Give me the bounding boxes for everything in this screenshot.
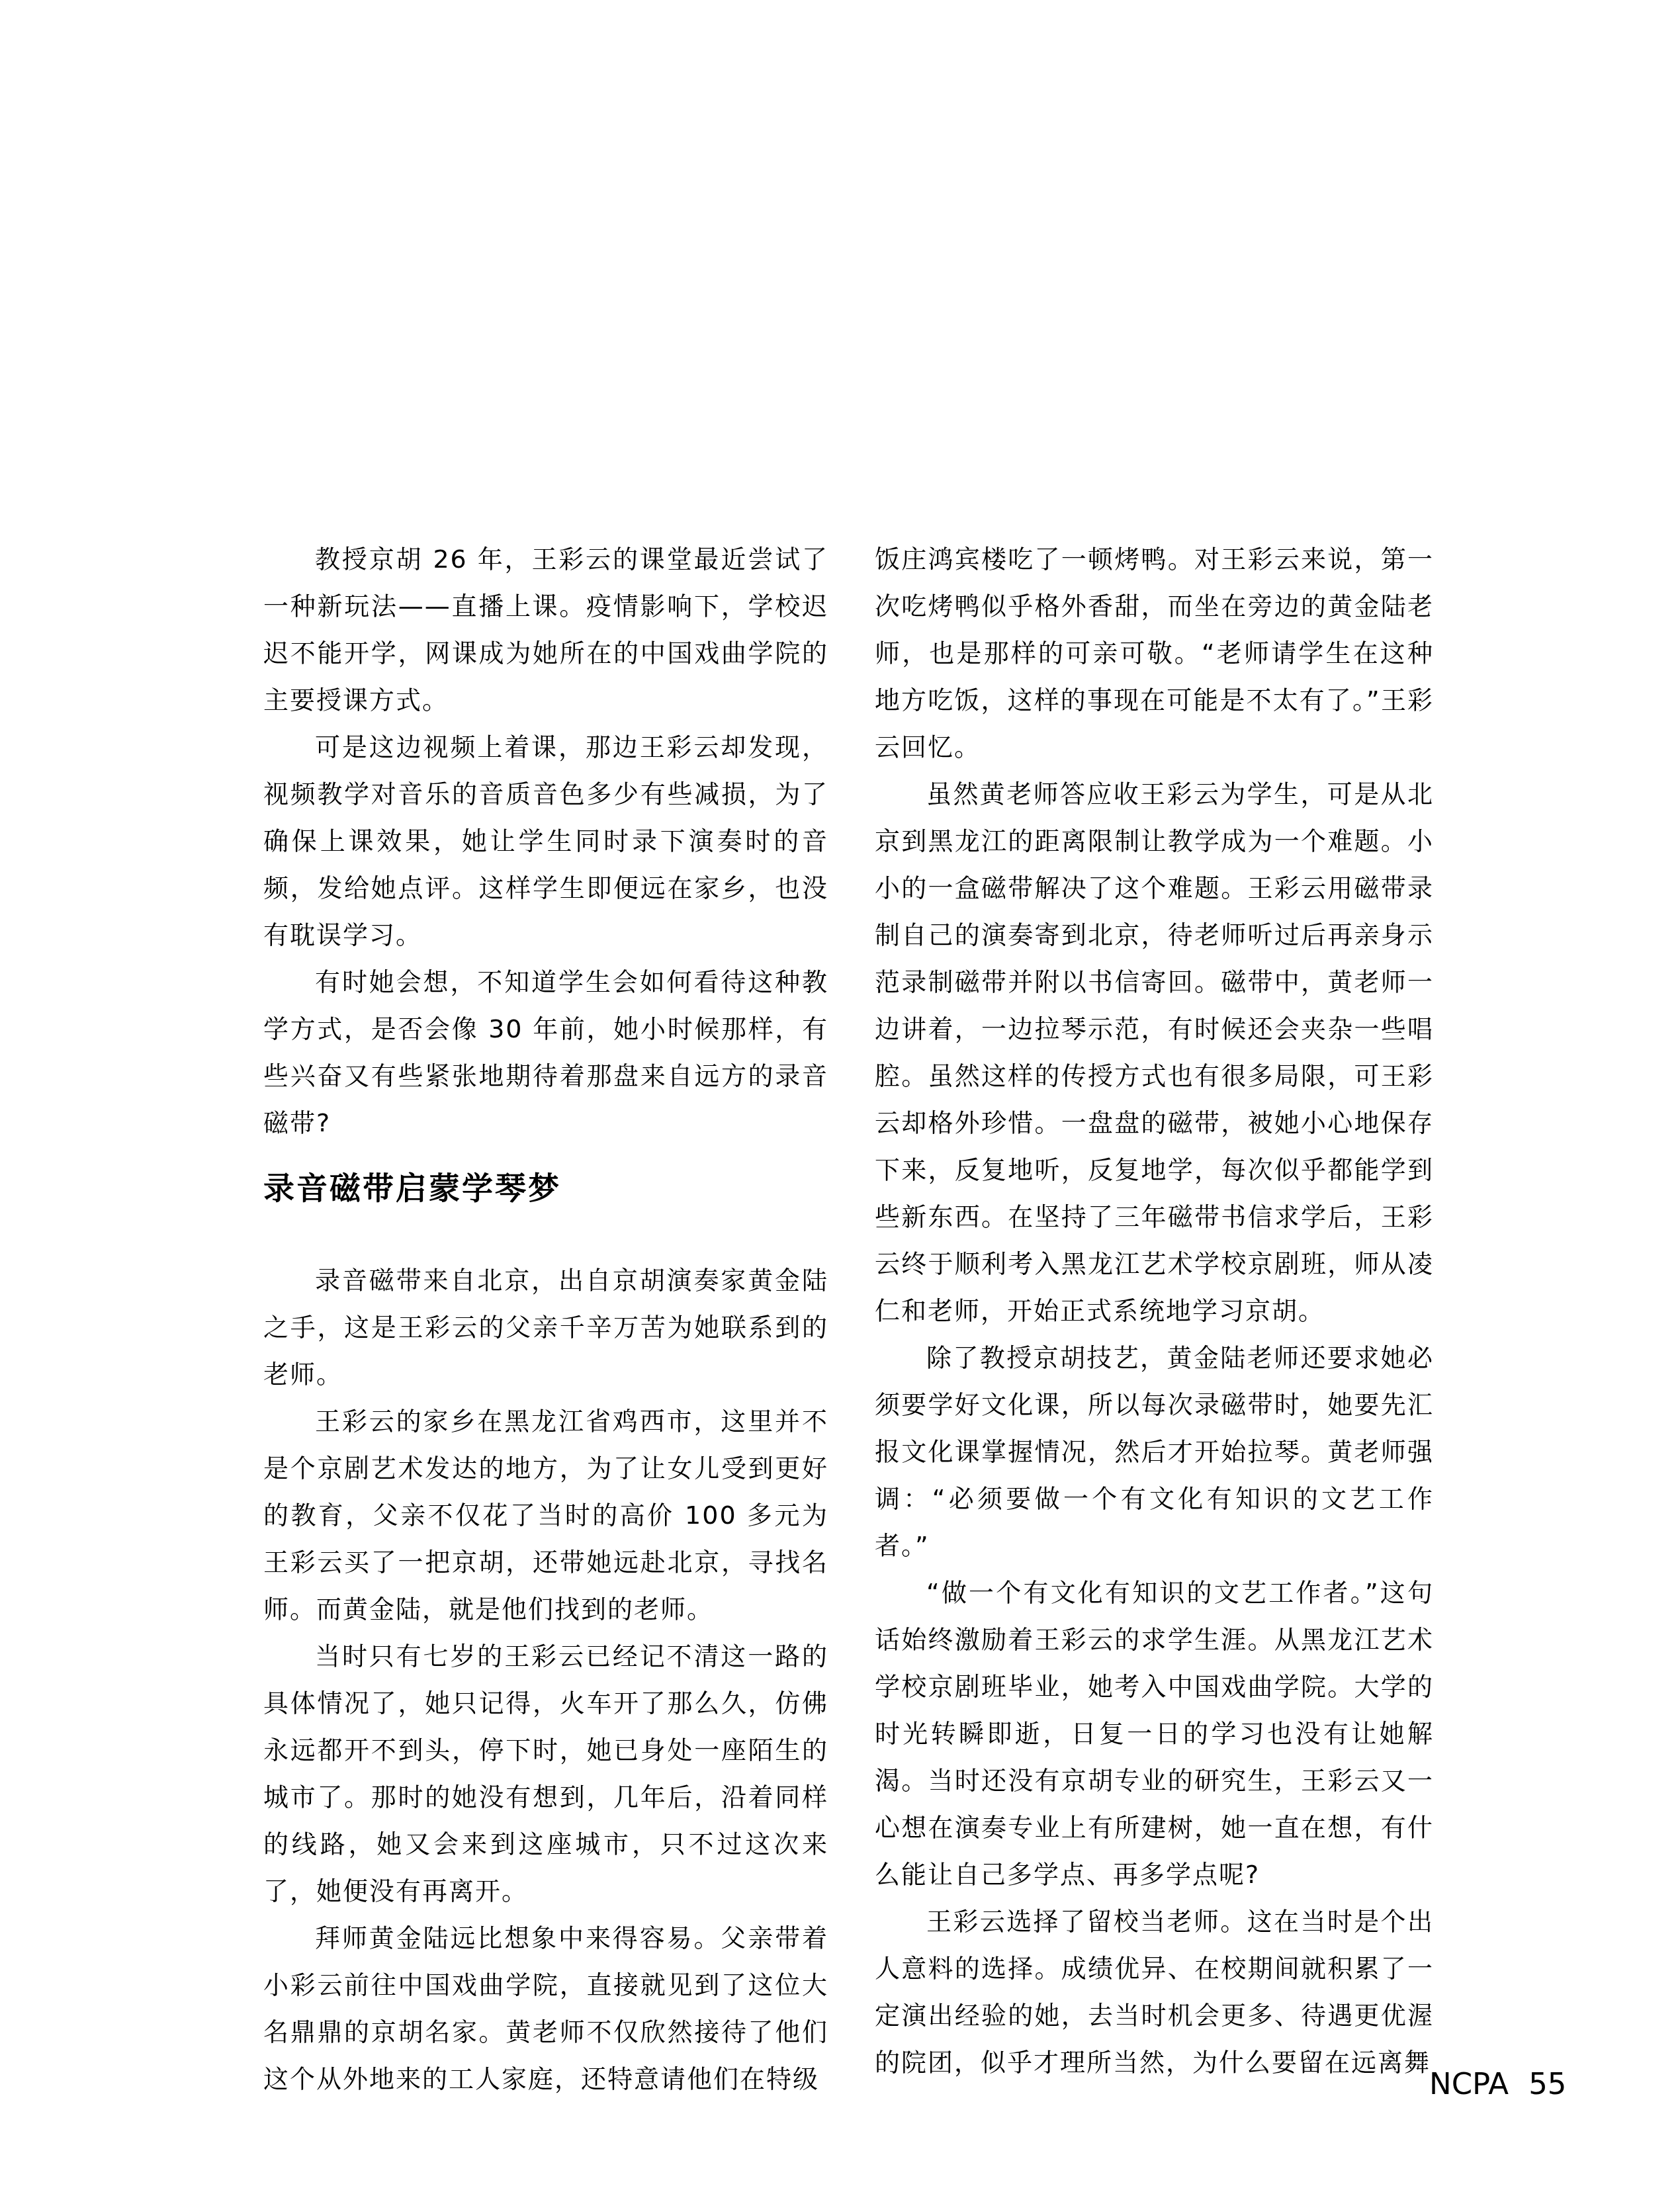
left-column: 教授京胡 26 年，王彩云的课堂最近尝试了一种新玩法——直播上课。疫情影响下，学… [263, 536, 828, 2103]
magazine-page: 教授京胡 26 年，王彩云的课堂最近尝试了一种新玩法——直播上课。疫情影响下，学… [0, 0, 1680, 2188]
body-paragraph: “做一个有文化有知识的文艺工作者。”这句话始终激励着王彩云的求学生涯。从黑龙江艺… [875, 1569, 1434, 1898]
body-paragraph: 有时她会想，不知道学生会如何看待这种教学方式，是否会像 30 年前，她小时候那样… [263, 959, 828, 1147]
body-paragraph: 教授京胡 26 年，王彩云的课堂最近尝试了一种新玩法——直播上课。疫情影响下，学… [263, 536, 828, 724]
footer-page-number: 55 [1528, 2066, 1566, 2101]
right-column: 饭庄鸿宾楼吃了一顿烤鸭。对王彩云来说，第一次吃烤鸭似乎格外香甜，而坐在旁边的黄金… [875, 536, 1434, 2086]
body-paragraph: 虽然黄老师答应收王彩云为学生，可是从北京到黑龙江的距离限制让教学成为一个难题。小… [875, 771, 1434, 1335]
footer-brand: NCPA [1429, 2066, 1509, 2101]
section-heading: 录音磁带启蒙学琴梦 [263, 1165, 828, 1212]
body-paragraph: 当时只有七岁的王彩云已经记不清这一路的具体情况了，她只记得，火车开了那么久，仿佛… [263, 1633, 828, 1915]
body-paragraph: 王彩云的家乡在黑龙江省鸡西市，这里并不是个京剧艺术发达的地方，为了让女儿受到更好… [263, 1398, 828, 1633]
body-paragraph: 拜师黄金陆远比想象中来得容易。父亲带着小彩云前往中国戏曲学院，直接就见到了这位大… [263, 1915, 828, 2103]
body-paragraph: 可是这边视频上着课，那边王彩云却发现，视频教学对音乐的音质音色多少有些减损，为了… [263, 724, 828, 959]
body-paragraph: 王彩云选择了留校当老师。这在当时是个出人意料的选择。成绩优异、在校期间就积累了一… [875, 1898, 1434, 2086]
body-paragraph: 饭庄鸿宾楼吃了一顿烤鸭。对王彩云来说，第一次吃烤鸭似乎格外香甜，而坐在旁边的黄金… [875, 536, 1434, 771]
body-paragraph: 录音磁带来自北京，出自京胡演奏家黄金陆之手，这是王彩云的父亲千辛万苦为她联系到的… [263, 1257, 828, 1398]
page-footer: NCPA55 [1429, 2067, 1566, 2101]
body-paragraph: 除了教授京胡技艺，黄金陆老师还要求她必须要学好文化课，所以每次录磁带时，她要先汇… [875, 1335, 1434, 1569]
